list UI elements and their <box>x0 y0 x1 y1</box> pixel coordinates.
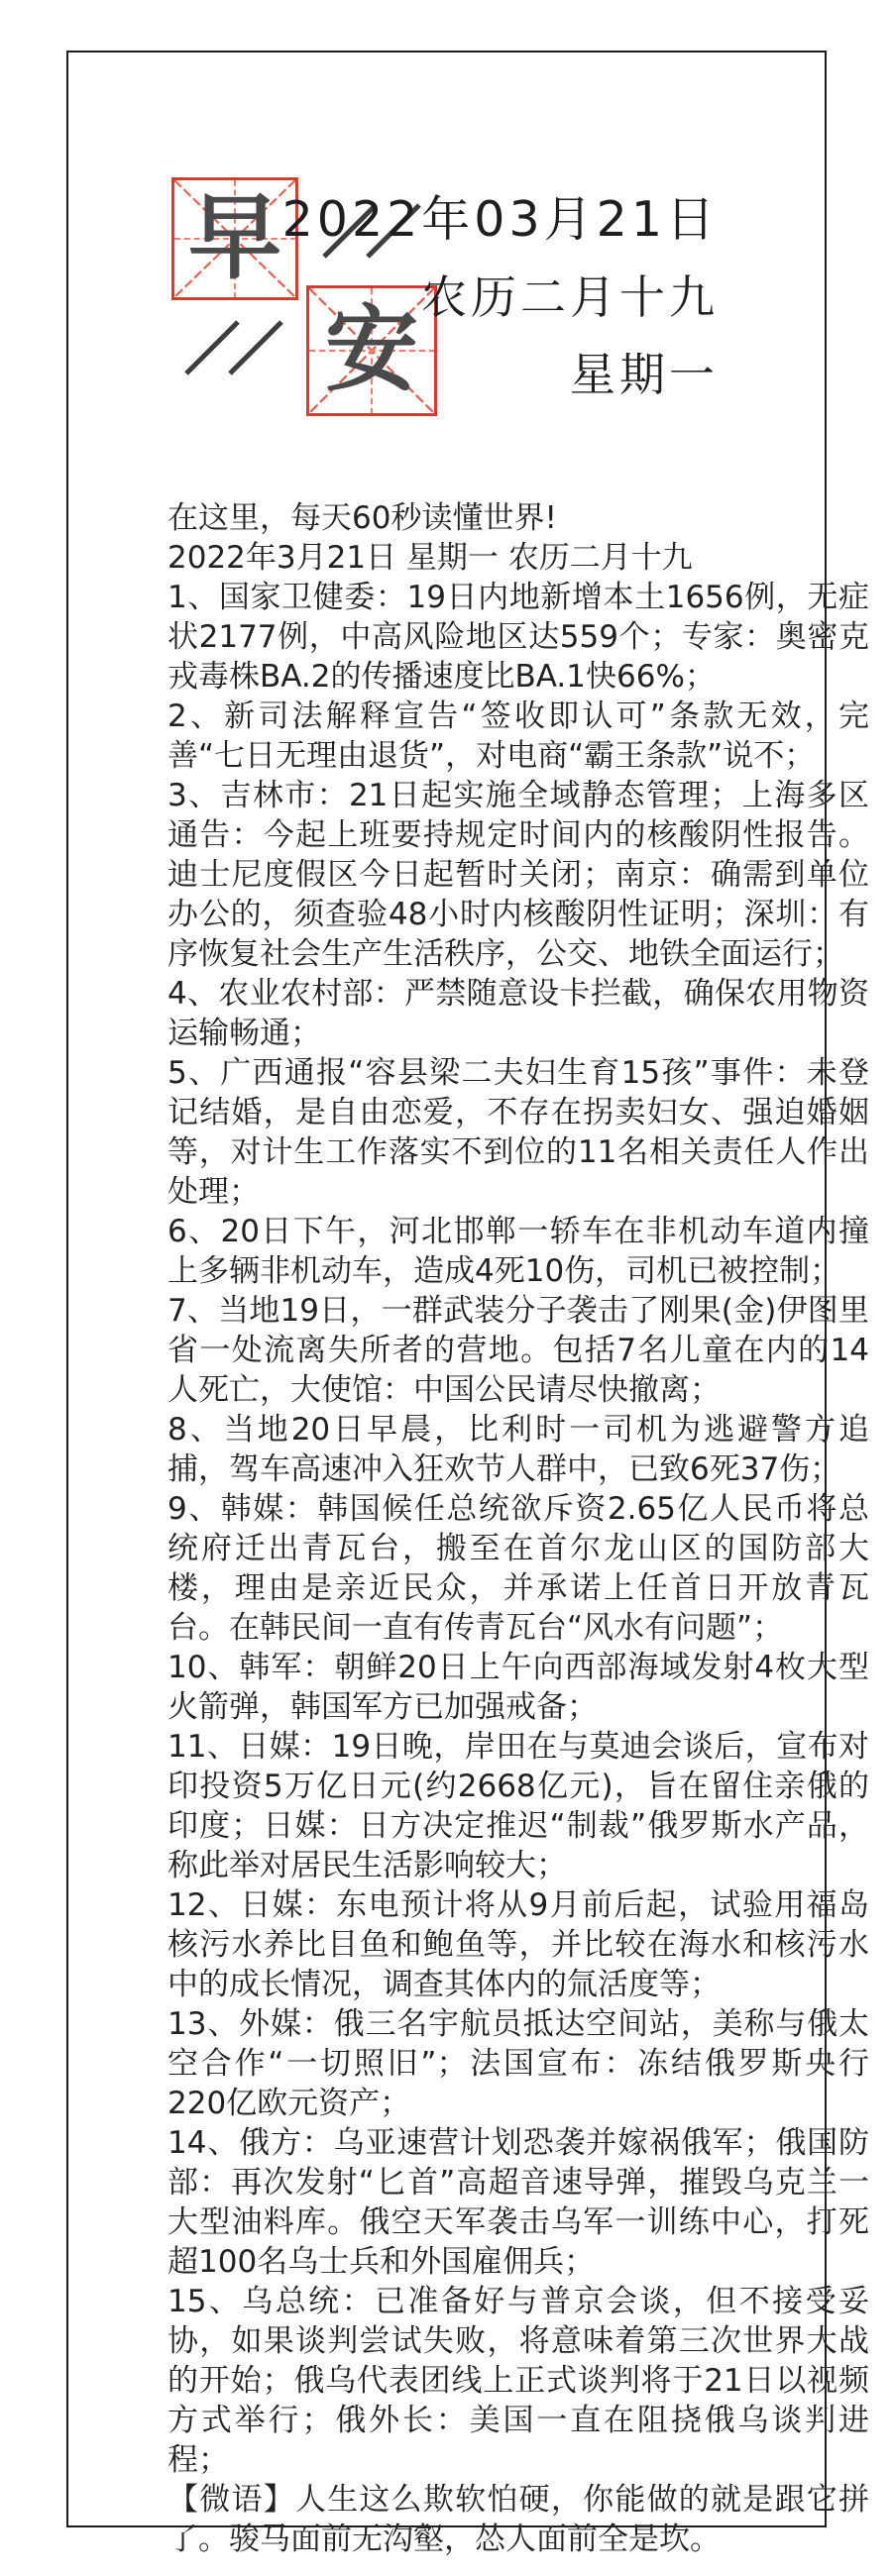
news-item: 6、20日下午，河北邯郸一轿车在非机动车道内撞上多辆非机动车，造成4死10伤，司… <box>167 1212 869 1291</box>
daily-quote: 【微语】人生这么欺软怕硬，你能做的就是跟它拼了。骏马面前无沟壑，怂人面前全是坎。 <box>167 2480 869 2559</box>
news-item: 10、韩军：朝鲜20日上午向西部海域发射4枚大型火箭弹，韩国军方已加强戒备； <box>167 1648 869 1727</box>
news-item: 3、吉林市：21日起实施全域静态管理；上海多区通告：今起上班要持规定时间内的核酸… <box>167 776 869 974</box>
news-item: 12、日媒：东电预计将从9月前后起，试验用福岛核污水养比目鱼和鲍鱼等，并比较在海… <box>167 1885 869 2004</box>
greeting-char-an: 安 <box>325 304 418 397</box>
page-frame: 早 安 2022年03月21日 农历二月十九 星期一 在这里，每天60秒读懂世界… <box>66 51 827 2527</box>
news-item: 1、国家卫健委：19日内地新增本土1656例，无症状2177例，中高风险地区达5… <box>167 578 869 697</box>
news-item: 7、当地19日，一群武装分子袭击了刚果(金)伊图里省一处流离失所者的营地。包括7… <box>167 1291 869 1410</box>
greeting-char-zao: 早 <box>188 192 281 285</box>
news-item: 5、广西通报“容县梁二夫妇生育15孩”事件：未登记结婚，是自由恋爱，不存在拐卖妇… <box>167 1053 869 1212</box>
intro-line: 在这里，每天60秒读懂世界! <box>167 498 869 538</box>
morning-news-card: { "page": { "background": "#ffffff", "fr… <box>0 0 892 2576</box>
news-body: 在这里，每天60秒读懂世界! 2022年3月21日 星期一 农历二月十九 1、国… <box>167 498 869 2559</box>
date-gregorian: 2022年03月21日 <box>282 181 719 259</box>
date-heading: 2022年3月21日 星期一 农历二月十九 <box>167 538 869 578</box>
news-item: 2、新司法解释宣告“签收即认可”条款无效，完善“七日无理由退货”，对电商“霸王条… <box>167 697 869 776</box>
news-item: 4、农业农村部：严禁随意设卡拦截，确保农用物资运输畅通； <box>167 974 869 1053</box>
news-item: 13、外媒：俄三名宇航员抵达空间站，美称与俄太空合作“一切照旧”；法国宣布：冻结… <box>167 2004 869 2123</box>
news-item: 14、俄方：乌亚速营计划恐袭并嫁祸俄军；俄国防部：再次发射“匕首”高超音速导弹，… <box>167 2123 869 2282</box>
double-slash-icon <box>180 316 291 379</box>
calligraphy-box-an: 安 <box>306 285 437 416</box>
news-item: 8、当地20日早晨，比利时一司机为逃避警方追捕，驾车高速冲入狂欢节人群中，已致6… <box>167 1410 869 1489</box>
news-item: 11、日媒：19日晚，岸田在与莫迪会谈后，宣布对印投资5万亿日元(约2668亿元… <box>167 1727 869 1885</box>
news-item: 15、乌总统：已准备好与普京会谈，但不接受妥协，如果谈判尝试失败，将意味着第三次… <box>167 2282 869 2480</box>
news-item: 9、韩媒：韩国候任总统欲斥资2.65亿人民币将总统府迁出青瓦台，搬至在首尔龙山区… <box>167 1489 869 1648</box>
calligraphy-box-zao: 早 <box>171 177 298 300</box>
news-list: 1、国家卫健委：19日内地新增本土1656例，无症状2177例，中高风险地区达5… <box>167 578 869 2480</box>
